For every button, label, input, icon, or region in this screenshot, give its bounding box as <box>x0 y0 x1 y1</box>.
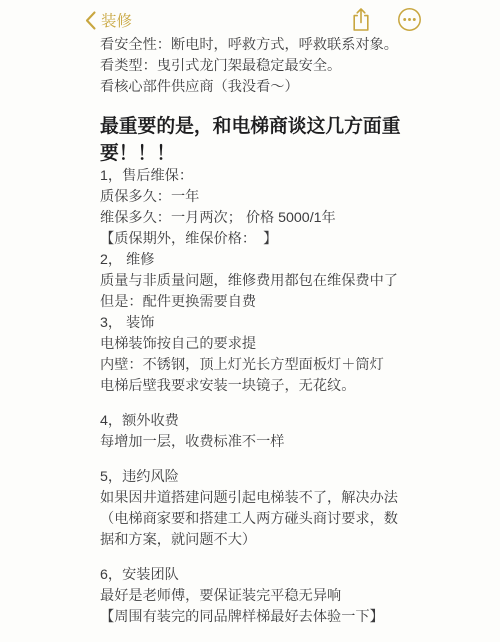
note-text-line: 2， 维修 <box>100 250 430 271</box>
note-text-line: 【周围有装完的同品牌样梯最好去体验一下】 <box>100 607 430 628</box>
note-text-line: 维保多久：一月两次； 价格 5000/1年 <box>100 208 430 229</box>
note-text-line: 看核心部件供应商（我没看～） <box>100 77 430 98</box>
note-text-line: 看类型：曳引式龙门架最稳定最安全。 <box>100 56 430 77</box>
note-text-line: 据和方案，就问题不大） <box>100 530 430 551</box>
share-icon <box>350 7 372 32</box>
more-button[interactable] <box>397 7 422 32</box>
note-text-line: 内壁：不锈钢，顶上灯光长方型面板灯＋筒灯 <box>100 355 430 376</box>
note-text-line: 最好是老师傅，要保证装完平稳无异响 <box>100 586 430 607</box>
nav-actions <box>350 7 422 32</box>
note-text-line: 如果因井道搭建问题引起电梯装不了，解决办法 <box>100 488 430 509</box>
back-label: 装修 <box>101 9 132 31</box>
share-button[interactable] <box>350 7 372 32</box>
back-button[interactable]: 装修 <box>85 9 132 31</box>
paragraph-gap <box>100 551 430 565</box>
paragraph-gap <box>100 453 430 467</box>
note-heading-line: 最重要的是，和电梯商谈这几方面重 <box>100 112 430 139</box>
note-text-line: 1，售后维保： <box>100 166 430 187</box>
note-text-line: （电梯商家要和搭建工人两方碰头商讨要求，数 <box>100 509 430 530</box>
note-text-line: 但是：配件更换需要自费 <box>100 292 430 313</box>
note-text-line: 质量与非质量问题，维修费用都包在维保费中了 <box>100 271 430 292</box>
notes-app-screen: 装修 <box>0 0 500 642</box>
note-text-line: 每增加一层，收费标准不一样 <box>100 432 430 453</box>
note-text-line: 看安全性：断电时，呼救方式，呼救联系对象。 <box>100 35 430 56</box>
note-text-line: 6，安装团队 <box>100 565 430 586</box>
note-text-line: 3， 装饰 <box>100 313 430 334</box>
paragraph-gap <box>100 98 430 112</box>
chevron-left-icon <box>85 11 96 30</box>
note-text-line: 电梯装饰按自己的要求提 <box>100 334 430 355</box>
note-text-line: 5，违约风险 <box>100 467 430 488</box>
note-heading-line: 要！！！ <box>100 139 430 166</box>
ellipsis-circle-icon <box>397 7 422 32</box>
note-text-line: 质保多久：一年 <box>100 187 430 208</box>
note-body[interactable]: 看安全性：断电时，呼救方式，呼救联系对象。看类型：曳引式龙门架最稳定最安全。看核… <box>100 35 430 628</box>
nav-bar: 装修 <box>0 0 500 36</box>
note-text-line: 电梯后壁我要求安装一块镜子，无花纹。 <box>100 376 430 397</box>
note-text-line: 4，额外收费 <box>100 411 430 432</box>
note-text-line: 【质保期外，维保价格： 】 <box>100 229 430 250</box>
paragraph-gap <box>100 397 430 411</box>
